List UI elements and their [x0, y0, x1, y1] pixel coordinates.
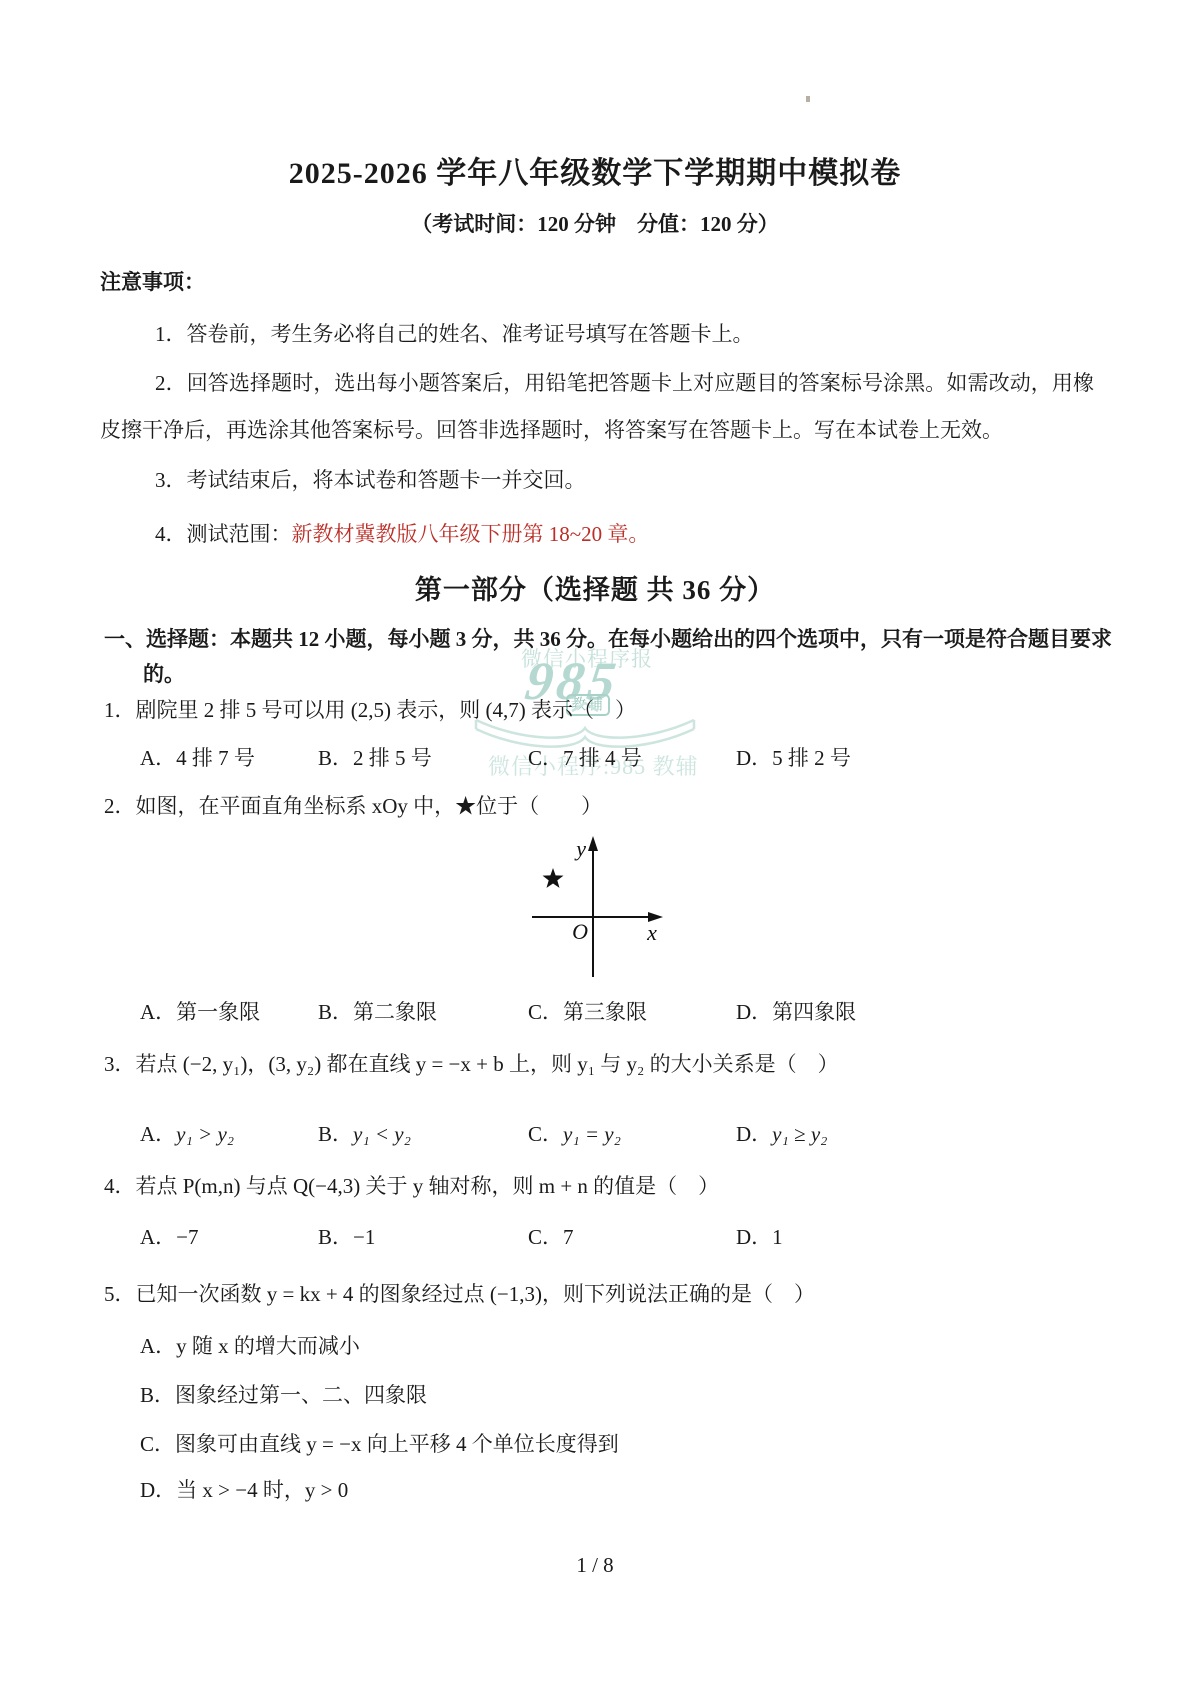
- option-label: C．: [140, 1432, 175, 1456]
- note-item-2: 2．回答选择题时，选出每小题答案后，用铅笔把答题卡上对应题目的答案标号涂黑。如需…: [100, 360, 1094, 454]
- q2-option-d: D．第四象限: [736, 996, 856, 1026]
- q1-option-a: A．4 排 7 号: [140, 742, 255, 772]
- content-layer: 2025-2026 学年八年级数学下学期期中模拟卷 （考试时间：120 分钟 分…: [0, 0, 1190, 1683]
- option-label: D．: [736, 1122, 772, 1146]
- option-text: 7: [563, 1225, 574, 1249]
- note-item-1: 1．答卷前，考生务必将自己的姓名、准考证号填写在答题卡上。: [155, 318, 754, 348]
- option-text: 第三象限: [563, 1000, 647, 1024]
- q2-option-b: B．第二象限: [318, 996, 437, 1026]
- option-label: D．: [736, 1225, 772, 1249]
- option-label: A．: [140, 1000, 176, 1024]
- note-item-4-scope: 新教材冀教版八年级下册第 18~20 章。: [292, 522, 650, 546]
- option-label: C．: [528, 746, 563, 770]
- option-text: 第二象限: [353, 1000, 437, 1024]
- option-text: y₁ = y₂: [563, 1122, 621, 1146]
- option-label: D．: [140, 1478, 176, 1502]
- y-axis-arrow-icon: [588, 836, 598, 851]
- question-3-stem: 3．若点 (−2, y₁)，(3, y₂) 都在直线 y = −x + b 上，…: [104, 1048, 839, 1078]
- scan-speck: [806, 96, 810, 102]
- option-label: C．: [528, 1225, 563, 1249]
- exam-subtitle: （考试时间：120 分钟 分值：120 分）: [0, 208, 1190, 238]
- note-item-4-prefix: 4．测试范围：: [155, 522, 292, 546]
- section-1-intro: 一、选择题：本题共 12 小题，每小题 3 分，共 36 分。在每小题给出的四个…: [104, 622, 1143, 692]
- option-text: y₁ > y₂: [176, 1122, 234, 1146]
- option-text: 5 排 2 号: [772, 746, 851, 770]
- option-text: 第一象限: [176, 1000, 260, 1024]
- option-label: A．: [140, 1334, 176, 1358]
- question-1-options: A．4 排 7 号 B．2 排 5 号 C．7 排 4 号 D．5 排 2 号: [0, 742, 1190, 774]
- option-label: C．: [528, 1000, 563, 1024]
- option-text: 图象经过第一、二、四象限: [175, 1383, 427, 1407]
- q4-option-d: D．1: [736, 1221, 783, 1251]
- q3-option-c: C．y₁ = y₂: [528, 1118, 621, 1148]
- option-label: A．: [140, 746, 176, 770]
- question-4-stem: 4．若点 P(m,n) 与点 Q(−4,3) 关于 y 轴对称，则 m + n …: [104, 1170, 719, 1200]
- option-label: A．: [140, 1225, 176, 1249]
- q4-option-c: C．7: [528, 1221, 574, 1251]
- option-label: B．: [318, 1000, 353, 1024]
- question-2-options: A．第一象限 B．第二象限 C．第三象限 D．第四象限: [0, 996, 1190, 1028]
- question-5-stem: 5．已知一次函数 y = kx + 4 的图象经过点 (−1,3)，则下列说法正…: [104, 1278, 815, 1308]
- q2-option-c: C．第三象限: [528, 996, 647, 1026]
- origin-label: O: [572, 919, 588, 944]
- q1-option-d: D．5 排 2 号: [736, 742, 851, 772]
- x-axis-label: x: [646, 920, 657, 945]
- option-label: D．: [736, 1000, 772, 1024]
- section-1-heading: 第一部分（选择题 共 36 分）: [0, 568, 1190, 607]
- q4-option-a: A．−7: [140, 1221, 199, 1251]
- q3-option-b: B．y₁ < y₂: [318, 1118, 411, 1148]
- question-3-options: A．y₁ > y₂ B．y₁ < y₂ C．y₁ = y₂ D．y₁ ≥ y₂: [0, 1118, 1190, 1150]
- question-4-options: A．−7 B．−1 C．7 D．1: [0, 1221, 1190, 1253]
- star-icon: [543, 868, 564, 888]
- option-text: 7 排 4 号: [563, 746, 642, 770]
- option-label: C．: [528, 1122, 563, 1146]
- option-label: B．: [318, 1225, 353, 1249]
- option-label: D．: [736, 746, 772, 770]
- q1-option-c: C．7 排 4 号: [528, 742, 642, 772]
- option-text: y 随 x 的增大而减小: [176, 1334, 360, 1358]
- option-text: 当 x > −4 时，y > 0: [176, 1478, 348, 1502]
- exam-paper-page: 微信小程序报 985 教辅 微信小程序:985 教辅 2025-2026 学年八…: [0, 0, 1190, 1683]
- q2-option-a: A．第一象限: [140, 996, 260, 1026]
- option-label: B．: [318, 1122, 353, 1146]
- option-text: y₁ < y₂: [353, 1122, 411, 1146]
- q3-option-d: D．y₁ ≥ y₂: [736, 1118, 827, 1148]
- q5-option-c: C．图象可由直线 y = −x 向上平移 4 个单位长度得到: [140, 1428, 619, 1458]
- y-axis-label: y: [574, 836, 586, 861]
- page-title: 2025-2026 学年八年级数学下学期期中模拟卷: [0, 148, 1190, 192]
- question-1-stem: 1．剧院里 2 排 5 号可以用 (2,5) 表示，则 (4,7) 表示（ ）: [104, 694, 636, 724]
- option-text: 图象可由直线 y = −x 向上平移 4 个单位长度得到: [175, 1432, 619, 1456]
- coordinate-plane-figure: y x O: [492, 832, 672, 982]
- option-label: A．: [140, 1122, 176, 1146]
- note-item-4: 4．测试范围：新教材冀教版八年级下册第 18~20 章。: [155, 518, 649, 548]
- q5-option-d: D．当 x > −4 时，y > 0: [140, 1474, 348, 1504]
- note-item-3: 3．考试结束后，将本试卷和答题卡一并交回。: [155, 464, 586, 494]
- page-number: 1 / 8: [0, 1553, 1190, 1578]
- option-text: 2 排 5 号: [353, 746, 432, 770]
- option-text: y₁ ≥ y₂: [772, 1122, 827, 1146]
- q4-option-b: B．−1: [318, 1221, 375, 1251]
- q3-option-a: A．y₁ > y₂: [140, 1118, 234, 1148]
- option-text: 1: [772, 1225, 783, 1249]
- notes-heading: 注意事项：: [100, 266, 205, 296]
- option-text: −1: [353, 1225, 375, 1249]
- question-2-stem: 2．如图，在平面直角坐标系 xOy 中，★位于（ ）: [104, 790, 602, 820]
- q5-option-a: A．y 随 x 的增大而减小: [140, 1330, 360, 1360]
- option-text: 4 排 7 号: [176, 746, 255, 770]
- option-label: B．: [318, 746, 353, 770]
- option-label: B．: [140, 1383, 175, 1407]
- option-text: −7: [176, 1225, 198, 1249]
- q1-option-b: B．2 排 5 号: [318, 742, 432, 772]
- option-text: 第四象限: [772, 1000, 856, 1024]
- q5-option-b: B．图象经过第一、二、四象限: [140, 1379, 427, 1409]
